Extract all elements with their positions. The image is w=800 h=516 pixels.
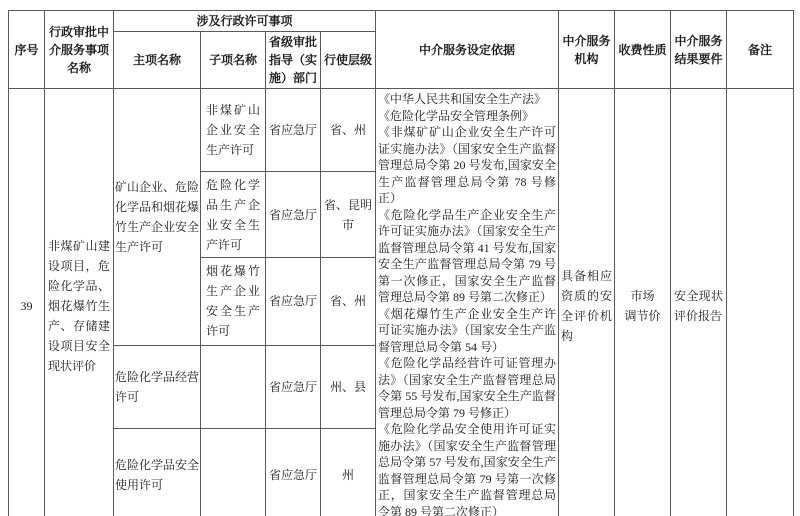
sub-item-cell: 危险化学品生产企业安全生产许可 bbox=[201, 172, 266, 258]
result-cell: 安全现状评价报告 bbox=[671, 89, 727, 516]
header-basis: 中介服务设定依据 bbox=[376, 11, 559, 89]
basis-item: 《中华人民共和国安全生产法》 bbox=[378, 91, 556, 108]
level-cell: 省、州 bbox=[321, 258, 376, 345]
header-row-1: 序号 行政审批中介服务事项名称 涉及行政许可事项 中介服务设定依据 中介服务机构… bbox=[9, 11, 794, 32]
sub-item-cell: 非煤矿山企业安全生产许可 bbox=[201, 89, 266, 172]
agency-cell: 具备相应资质的安全评价机构 bbox=[559, 89, 615, 516]
header-main-item: 主项名称 bbox=[114, 32, 201, 89]
basis-item: 《危险化学品安全管理条例》 bbox=[378, 108, 556, 125]
main-item-cell: 矿山企业、危险化学品和烟花爆竹生产企业安全生产许可 bbox=[114, 89, 201, 346]
sub-item-cell: 烟花爆竹生产企业安全生产许可 bbox=[201, 258, 266, 345]
header-fee: 收费性质 bbox=[615, 11, 671, 89]
basis-cell: 《中华人民共和国安全生产法》 《危险化学品安全管理条例》 《非煤矿矿山企业安全生… bbox=[376, 89, 559, 516]
header-dept: 省级审批指导（实施）部门 bbox=[266, 32, 321, 89]
dept-cell: 省应急厅 bbox=[266, 345, 321, 428]
fee-cell: 市场 调节价 bbox=[615, 89, 671, 516]
service-name-cell: 非煤矿山建设项目，危险化学品、烟花爆竹生产、存储建设项目安全现状评价 bbox=[45, 89, 114, 516]
header-sub-item: 子项名称 bbox=[201, 32, 266, 89]
remark-cell bbox=[727, 89, 794, 516]
basis-item: 《危险化学品生产企业安全生产许可证实施办法》（国家安全生产监督管理总局令第 41… bbox=[378, 207, 556, 306]
level-cell: 省、州 bbox=[321, 89, 376, 172]
document-page: 序号 行政审批中介服务事项名称 涉及行政许可事项 中介服务设定依据 中介服务机构… bbox=[0, 0, 800, 516]
basis-item: 《危险化学品安全使用许可证实施办法》（国家安全生产监督管理总局令第 57 号发布… bbox=[378, 421, 556, 516]
main-item-cell: 危险化学品经营许可 bbox=[114, 345, 201, 428]
header-remark: 备注 bbox=[727, 11, 794, 89]
sub-item-cell bbox=[201, 428, 266, 516]
main-item-cell: 危险化学品安全使用许可 bbox=[114, 428, 201, 516]
dept-cell: 省应急厅 bbox=[266, 89, 321, 172]
approval-service-table: 序号 行政审批中介服务事项名称 涉及行政许可事项 中介服务设定依据 中介服务机构… bbox=[8, 10, 794, 516]
serial-cell: 39 bbox=[9, 89, 45, 516]
header-agency: 中介服务机构 bbox=[559, 11, 615, 89]
header-level: 行使层级 bbox=[321, 32, 376, 89]
dept-cell: 省应急厅 bbox=[266, 428, 321, 516]
basis-item: 《危险化学品经营许可证管理办法》（国家安全生产监督管理总局令第 55 号发布,国… bbox=[378, 355, 556, 421]
header-result: 中介服务结果要件 bbox=[671, 11, 727, 89]
header-licensing-group: 涉及行政许可事项 bbox=[114, 11, 376, 32]
level-cell: 州、县 bbox=[321, 345, 376, 428]
basis-item: 《非煤矿矿山企业安全生产许可证实施办法》（国家安全生产监督管理总局令第 20 号… bbox=[378, 124, 556, 207]
basis-item: 《烟花爆竹生产企业安全生产许可证实施办法》（国家安全生产监督管理总局令第 54 … bbox=[378, 306, 556, 356]
header-service-name: 行政审批中介服务事项名称 bbox=[45, 11, 114, 89]
dept-cell: 省应急厅 bbox=[266, 172, 321, 258]
level-cell: 州 bbox=[321, 428, 376, 516]
dept-cell: 省应急厅 bbox=[266, 258, 321, 345]
sub-item-cell bbox=[201, 345, 266, 428]
license-row: 39 非煤矿山建设项目，危险化学品、烟花爆竹生产、存储建设项目安全现状评价 矿山… bbox=[9, 89, 794, 172]
level-cell: 省、昆明市 bbox=[321, 172, 376, 258]
header-serial: 序号 bbox=[9, 11, 45, 89]
